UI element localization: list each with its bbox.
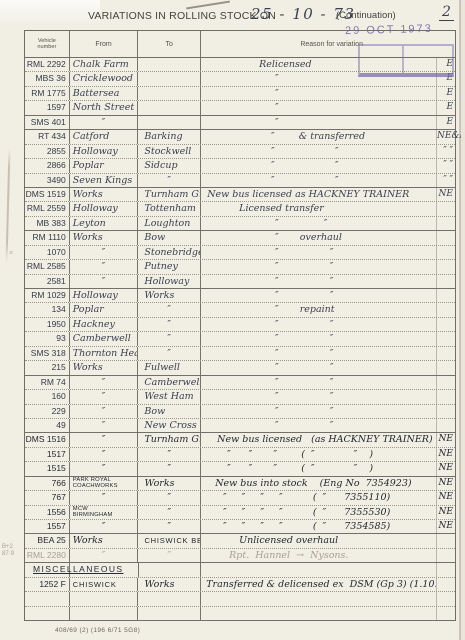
table-row: RM 1110 Works Bow ″ overhaul (25, 231, 455, 245)
date-stamp: 29 OCT 1973 (345, 23, 433, 37)
reason-cell: ″ ″ (200, 246, 436, 259)
code-cell (436, 303, 455, 316)
code-cell: NE (436, 462, 455, 475)
to-cell (137, 607, 200, 620)
reason-cell: Unlicensed overhaul (200, 534, 436, 547)
to-cell: Turnham Green (137, 188, 200, 201)
to-cell: ″ (137, 506, 200, 519)
vehicle-cell: 1517 (25, 448, 69, 461)
reason-cell: ″ & transferred (200, 130, 436, 143)
code-cell: NE (436, 448, 455, 461)
code-cell (436, 275, 455, 288)
code-cell: NE (436, 506, 455, 519)
code-cell (436, 318, 455, 331)
vehicle-cell: 215 (25, 361, 69, 374)
table-row: RT 434 Catford Barking ″ & transferred N… (25, 130, 455, 144)
reason-cell (200, 607, 436, 620)
table-row: 767 ″ ″ ″ ″ ″ ″ ( ″ 7355110) NE (25, 491, 455, 505)
from-cell: PARK ROYAL COACHWORKS (69, 477, 138, 490)
to-cell: West Ham (137, 390, 200, 403)
code-cell: NE&E (436, 130, 455, 143)
table-row: SMS 401 ″ ″ E (25, 116, 455, 130)
reason-cell: ″ ″ ″ ( ″ ″ ) (200, 462, 436, 475)
reason-cell: ″ ″ (200, 361, 436, 374)
vehicle-cell (25, 607, 69, 620)
column-header-vehicle: Vehicle number (25, 31, 69, 57)
table-row: 1515 ″ ″ ″ ″ ″ ( ″ ″ ) NE (25, 462, 455, 476)
reason-cell: New bus into stock (Eng No 7354923) (200, 477, 436, 490)
vehicle-cell: 767 (25, 491, 69, 504)
to-cell: Works (137, 578, 200, 591)
to-cell: Barking (137, 130, 200, 143)
from-cell: Camberwell (69, 332, 138, 345)
vehicle-cell: RM 1775 (25, 87, 69, 100)
vehicle-cell: MB 383 (25, 217, 69, 230)
column-header-from: From (69, 31, 138, 57)
from-cell: ″ (69, 462, 138, 475)
to-cell: Turnham Green (137, 433, 200, 446)
from-cell: ″ (69, 549, 138, 562)
to-cell: Fulwell (137, 361, 200, 374)
code-cell (436, 549, 455, 562)
code-cell: E (436, 101, 455, 114)
reason-cell: New bus licensed as HACKNEY TRAINER (200, 188, 436, 201)
reason-cell: Licensed transfer (200, 202, 436, 215)
code-cell: NE (436, 520, 455, 533)
from-cell: ″ (69, 419, 138, 432)
to-cell: Loughton (137, 217, 200, 230)
vehicle-cell: 3490 (25, 174, 69, 187)
from-cell: ″ (69, 448, 138, 461)
to-cell: Works (137, 477, 200, 490)
vehicle-cell: 1252 F (25, 578, 69, 591)
table-row: 93 Camberwell ″ ″ ″ (25, 332, 455, 346)
to-cell: Stonebridge (137, 246, 200, 259)
table-row: RML 2559 Holloway Tottenham Licensed tra… (25, 202, 455, 216)
reason-cell: New bus licensed (as HACKNEY TRAINER) (200, 433, 436, 446)
table-row (25, 592, 455, 606)
reason-cell: ″ ″ (200, 159, 436, 172)
from-cell: ″ (69, 520, 138, 533)
table-row: 1070 ″ Stonebridge ″ ″ (25, 246, 455, 260)
vehicle-cell (25, 592, 69, 605)
reason-cell: ″ ″ (200, 275, 436, 288)
reason-cell: ″ ″ (200, 174, 436, 187)
reason-cell: ″ (200, 116, 436, 129)
from-cell: North Street (69, 101, 138, 114)
paper-edge (461, 0, 465, 640)
vehicle-cell: MISCELLANEOUS (25, 563, 69, 576)
from-cell: ″ (69, 433, 138, 446)
table-row: 3490 Seven Kings ″ ″ ″ ″ ″ (25, 174, 455, 188)
from-cell: Works (69, 231, 138, 244)
reason-cell: ″ ″ (200, 419, 436, 432)
code-cell (436, 578, 455, 591)
to-cell: Bow (137, 231, 200, 244)
vehicle-cell: RM 1110 (25, 231, 69, 244)
table-row (25, 607, 455, 621)
to-cell: ″ (137, 303, 200, 316)
code-cell (436, 592, 455, 605)
table-row: 766 PARK ROYAL COACHWORKS Works New bus … (25, 477, 455, 491)
from-cell: Works (69, 361, 138, 374)
from-cell: Hackney (69, 318, 138, 331)
vehicle-cell: 1597 (25, 101, 69, 114)
reason-cell: ″ ″ ″ ″ ( ″ 7354585) (200, 520, 436, 533)
code-cell (436, 246, 455, 259)
table-row: DMS 1519 Works Turnham Green New bus lic… (25, 188, 455, 202)
table-row: RM 74 ″ Camberwell ″ ″ (25, 376, 455, 390)
from-cell: CHISWICK (69, 578, 138, 591)
from-cell: Chalk Farm (69, 58, 138, 71)
vehicle-cell: MBS 36 (25, 72, 69, 85)
table-row: RM 1029 Holloway Works ″ ″ (25, 289, 455, 303)
from-cell: Battersea (69, 87, 138, 100)
to-cell: CHISWICK BEA (137, 534, 200, 547)
code-cell: NE (436, 188, 455, 201)
to-cell: ″ (137, 448, 200, 461)
from-cell: MCW BIRMINGHAM (69, 506, 138, 519)
from-cell: Poplar (69, 159, 138, 172)
to-cell: New Cross (137, 419, 200, 432)
reason-cell: ″ ″ ″ ″ ( ″ 7355110) (200, 491, 436, 504)
from-cell: Holloway (69, 202, 138, 215)
reason-cell: ″ (200, 87, 436, 100)
table-row: 1252 F CHISWICK Works Transferred & deli… (25, 578, 455, 592)
from-cell (69, 592, 138, 605)
from-cell: ″ (69, 275, 138, 288)
reason-cell: ″ ″ (200, 260, 436, 273)
code-cell (436, 332, 455, 345)
from-cell: ″ (69, 376, 138, 389)
pencil-margin-note: B+2 87·9 (2, 544, 14, 558)
table-row: 160 ″ West Ham ″ ″ (25, 390, 455, 404)
from-cell: Cricklewood (69, 72, 138, 85)
vehicle-cell: 1950 (25, 318, 69, 331)
reason-cell: ″ repaint (200, 303, 436, 316)
code-cell (436, 390, 455, 403)
to-cell: ″ (137, 491, 200, 504)
from-cell (69, 607, 138, 620)
vehicle-cell: 2855 (25, 145, 69, 158)
vehicle-cell: RML 2559 (25, 202, 69, 215)
code-cell (436, 289, 455, 302)
from-cell: Holloway (69, 289, 138, 302)
pencil-margin-squiggle (5, 148, 10, 263)
table-row: 134 Poplar ″ ″ repaint (25, 303, 455, 317)
code-cell (436, 361, 455, 374)
to-cell (138, 563, 201, 576)
code-cell: E (436, 87, 455, 100)
vehicle-cell: DMS 1516 (25, 433, 69, 446)
vehicle-cell: RML 2280 (25, 549, 69, 562)
vehicle-cell: 2866 (25, 159, 69, 172)
vehicle-cell: DMS 1519 (25, 188, 69, 201)
code-cell: NE (436, 433, 455, 446)
from-cell: ″ (69, 260, 138, 273)
to-cell: Works (137, 289, 200, 302)
code-cell (436, 405, 455, 418)
table-row: MB 383 Leyton Loughton ″ ″ (25, 217, 455, 231)
table-row: 1950 Hackney ″ ″ ″ (25, 318, 455, 332)
to-cell: Sidcup (137, 159, 200, 172)
to-cell: Tottenham (137, 202, 200, 215)
vehicle-cell: RML 2585 (25, 260, 69, 273)
table-row: SMS 318 Thornton Heath ″ ″ ″ (25, 347, 455, 361)
table-row: 229 ″ Bow ″ ″ (25, 405, 455, 419)
reason-cell: ″ ″ (200, 318, 436, 331)
vehicle-cell: 160 (25, 390, 69, 403)
vehicle-cell: BEA 25 (25, 534, 69, 547)
table-row: MISCELLANEOUS (25, 563, 455, 577)
to-cell: ″ (137, 462, 200, 475)
code-cell: NE (436, 477, 455, 490)
table-row: 1517 ″ ″ ″ ″ ″ ( ″ ″ ) NE (25, 448, 455, 462)
continuation-label: (Continuation) (336, 10, 396, 21)
code-cell (436, 563, 455, 576)
to-cell: ″ (137, 318, 200, 331)
table-row: 2581 ″ Holloway ″ ″ (25, 275, 455, 289)
reason-cell (200, 592, 436, 605)
vehicle-cell: 1070 (25, 246, 69, 259)
to-cell (137, 101, 200, 114)
reason-cell (200, 563, 436, 576)
to-cell: ″ (137, 174, 200, 187)
from-cell: Seven Kings (69, 174, 138, 187)
from-cell: ″ (69, 116, 138, 129)
vehicle-cell: RT 434 (25, 130, 69, 143)
vehicle-cell: 766 (25, 477, 69, 490)
table-row: DMS 1516 ″ Turnham Green New bus license… (25, 433, 455, 447)
pencil-margin-mark: × (9, 250, 13, 257)
code-cell (436, 217, 455, 230)
to-cell: Holloway (137, 275, 200, 288)
code-cell: ″ ″ (436, 145, 455, 158)
from-cell: Works (69, 188, 138, 201)
code-cell: NE (436, 491, 455, 504)
reason-cell: Transferred & delicensed ex DSM (Gp 3) (… (200, 578, 436, 591)
vehicle-cell: 134 (25, 303, 69, 316)
reason-cell: ″ ″ (200, 145, 436, 158)
table-row: 2855 Holloway Stockwell ″ ″ ″ ″ (25, 145, 455, 159)
from-cell: Leyton (69, 217, 138, 230)
page-number: 2 (439, 4, 454, 21)
vehicle-cell: 1556 (25, 506, 69, 519)
code-cell (436, 534, 455, 547)
table-row: 1556 MCW BIRMINGHAM ″ ″ ″ ″ ″ ( ″ 735553… (25, 506, 455, 520)
code-cell (436, 419, 455, 432)
vehicle-cell: 1557 (25, 520, 69, 533)
from-cell: ″ (69, 405, 138, 418)
to-cell: Putney (137, 260, 200, 273)
reason-cell: ″ ″ (200, 347, 436, 360)
from-cell: Thornton Heath (69, 347, 138, 360)
code-cell (436, 607, 455, 620)
vehicle-cell: SMS 401 (25, 116, 69, 129)
code-cell: E (436, 116, 455, 129)
to-cell: ″ (137, 332, 200, 345)
form-reference-code: 408/69 (2) (196 6/71 5G8) (55, 627, 140, 634)
stray-pen-mark (186, 1, 230, 9)
code-cell (436, 376, 455, 389)
table-row: 215 Works Fulwell ″ ″ (25, 361, 455, 375)
paper-edge-shadow (459, 0, 461, 640)
table-row: RM 1775 Battersea ″ E (25, 87, 455, 101)
form-title: VARIATIONS IN ROLLING STOCK ON (88, 10, 276, 22)
vehicle-cell: RM 74 (25, 376, 69, 389)
from-cell: ″ (69, 491, 138, 504)
from-cell: ″ (69, 390, 138, 403)
table-row: RML 2585 ″ Putney ″ ″ (25, 260, 455, 274)
to-cell (137, 116, 200, 129)
reason-cell: ″ ″ (200, 390, 436, 403)
scanned-form-page: VARIATIONS IN ROLLING STOCK ON 25 - 10 -… (0, 0, 465, 640)
stamp-box-divider (402, 46, 404, 73)
reason-cell: ″ ″ (200, 217, 436, 230)
code-cell: ″ ″ (436, 174, 455, 187)
reason-cell: Rpt. Hannel → Nysons. (200, 549, 436, 562)
vehicle-cell: 2581 (25, 275, 69, 288)
vehicle-cell: 49 (25, 419, 69, 432)
vehicle-cell: 229 (25, 405, 69, 418)
from-cell: Poplar (69, 303, 138, 316)
reason-cell: ″ overhaul (200, 231, 436, 244)
vehicle-cell: 93 (25, 332, 69, 345)
vehicle-cell: 1515 (25, 462, 69, 475)
stamp-box (358, 44, 454, 77)
reason-cell: ″ ″ (200, 405, 436, 418)
to-cell: Stockwell (137, 145, 200, 158)
to-cell (137, 58, 200, 71)
to-cell: Camberwell (137, 376, 200, 389)
reason-cell: ″ ″ (200, 289, 436, 302)
to-cell: Bow (137, 405, 200, 418)
column-header-to: To (137, 31, 200, 57)
code-cell (436, 202, 455, 215)
reason-cell: ″ ″ (200, 376, 436, 389)
rolling-stock-table: Vehicle number From To Reason for variat… (24, 30, 456, 621)
table-row: BEA 25 Works CHISWICK BEA Unlicensed ove… (25, 534, 455, 548)
to-cell (137, 87, 200, 100)
table-row: RML 2280 ″ ″ Rpt. Hannel → Nysons. (25, 549, 455, 563)
reason-cell: ″ ″ ″ ( ″ ″ ) (200, 448, 436, 461)
to-cell (137, 72, 200, 85)
from-cell: ″ (69, 246, 138, 259)
from-cell: Catford (69, 130, 138, 143)
reason-cell: ″ ″ ″ ″ ( ″ 7355530) (200, 506, 436, 519)
vehicle-cell: SMS 318 (25, 347, 69, 360)
table-row: 49 ″ New Cross ″ ″ (25, 419, 455, 433)
from-cell: Holloway (69, 145, 138, 158)
reason-cell: ″ ″ (200, 332, 436, 345)
to-cell: ″ (137, 347, 200, 360)
vehicle-cell: RM 1029 (25, 289, 69, 302)
from-cell: Works (69, 534, 138, 547)
table-row: 1597 North Street ″ E (25, 101, 455, 115)
code-cell: ″ ″ (436, 159, 455, 172)
to-cell (137, 592, 200, 605)
vehicle-cell: RML 2292 (25, 58, 69, 71)
table-body: RML 2292 Chalk Farm Relicensed E MBS 36 … (25, 58, 455, 621)
to-cell: ″ (137, 520, 200, 533)
code-cell (436, 231, 455, 244)
table-row: 1557 ″ ″ ″ ″ ″ ″ ( ″ 7354585) NE (25, 520, 455, 534)
to-cell: ″ (137, 549, 200, 562)
code-cell (436, 347, 455, 360)
code-cell (436, 260, 455, 273)
table-row: 2866 Poplar Sidcup ″ ″ ″ ″ (25, 159, 455, 173)
reason-cell: ″ (200, 101, 436, 114)
